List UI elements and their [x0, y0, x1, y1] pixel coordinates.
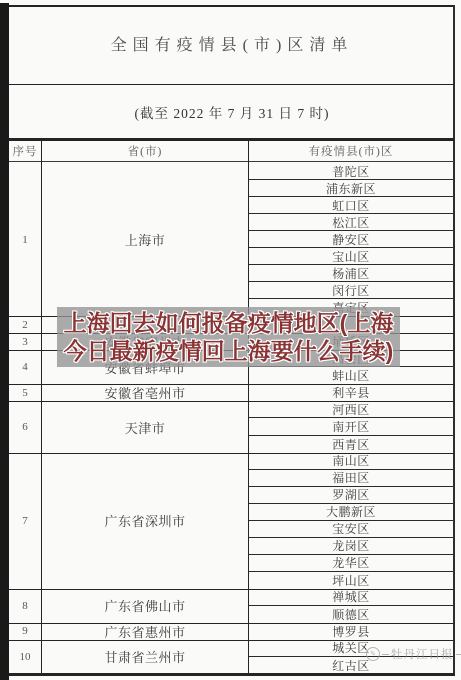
row-number-cell: 4	[9, 350, 41, 384]
district-cell: 浦东新区	[249, 180, 453, 197]
row-number-cell: 5	[9, 384, 41, 401]
province-cell: 广东省惠州市	[42, 623, 248, 640]
header-district: 有疫情县(市)区	[249, 141, 453, 161]
district-cell: 虹口区	[249, 197, 453, 214]
newspaper-watermark: ✎ 牡丹江日报	[366, 645, 454, 663]
district-cell: 罗湖区	[249, 487, 453, 504]
district-cell: 福田区	[249, 470, 453, 487]
district-cell: 松江区	[249, 214, 453, 231]
scan-edge-strip	[0, 3, 9, 680]
district-cell: 顺德区	[249, 606, 453, 623]
district-cell: 宝山区	[249, 248, 453, 265]
header-serial-number: 序号	[9, 141, 41, 161]
row-number-cell: 3	[9, 333, 41, 350]
row-number-cell: 9	[9, 623, 41, 640]
district-cell: 静安区	[249, 231, 453, 248]
row-number-cell: 8	[9, 589, 41, 623]
header-province: 省(市)	[42, 141, 248, 161]
district-cell: 利辛县	[249, 384, 453, 401]
headline-line-2: 今日最新疫情回上海要什么手续)	[64, 337, 394, 365]
district-cell: 龙岗区	[249, 538, 453, 555]
district-cell: 坪山区	[249, 572, 453, 589]
district-cell: 大鹏新区	[249, 504, 453, 521]
province-cell: 安徽省亳州市	[42, 384, 248, 401]
watermark-text: 牡丹江日报	[391, 646, 454, 662]
district-cell: 博罗县	[249, 623, 453, 640]
district-cell: 南山区	[249, 453, 453, 470]
district-cell: 闵行区	[249, 282, 453, 299]
row-number-cell: 2	[9, 316, 41, 333]
province-cell: 甘肃省兰州市	[42, 640, 248, 674]
district-cell: 普陀区	[249, 163, 453, 180]
district-cell: 西青区	[249, 436, 453, 453]
province-cell: 广东省佛山市	[42, 589, 248, 623]
watermark-dash-left	[382, 654, 389, 655]
district-cell: 蚌山区	[249, 367, 453, 384]
district-cell: 河西区	[249, 401, 453, 418]
district-cell: 南开区	[249, 419, 453, 436]
document-title: 全国有疫情县(市)区清单	[9, 26, 455, 60]
newspaper-logo-icon: ✎	[366, 647, 380, 661]
title-separator-line	[9, 84, 454, 85]
table-border-top	[9, 5, 455, 7]
row-number-cell: 1	[9, 163, 41, 316]
row-number-cell: 6	[9, 401, 41, 452]
row-number-cell: 7	[9, 453, 41, 589]
province-cell: 广东省深圳市	[42, 453, 248, 589]
headline-line-1: 上海回去如何报备疫情地区(上海	[64, 309, 394, 337]
province-cell: 天津市	[42, 401, 248, 452]
scanned-document-page: 全国有疫情县(市)区清单 (截至 2022 年 7 月 31 日 7 时) 序号…	[0, 0, 461, 680]
district-cell: 禅城区	[249, 589, 453, 606]
row-number-cell: 10	[9, 640, 41, 674]
province-cell: 上海市	[42, 163, 248, 316]
district-cell: 杨浦区	[249, 265, 453, 282]
district-cell: 龙华区	[249, 555, 453, 572]
watermark-dash-right	[456, 654, 461, 655]
document-date-note: (截至 2022 年 7 月 31 日 7 时)	[9, 100, 455, 124]
headline-overlay-banner: 上海回去如何报备疫情地区(上海 今日最新疫情回上海要什么手续)	[57, 307, 400, 367]
district-cell: 宝安区	[249, 521, 453, 538]
header-separator-line	[9, 161, 454, 162]
